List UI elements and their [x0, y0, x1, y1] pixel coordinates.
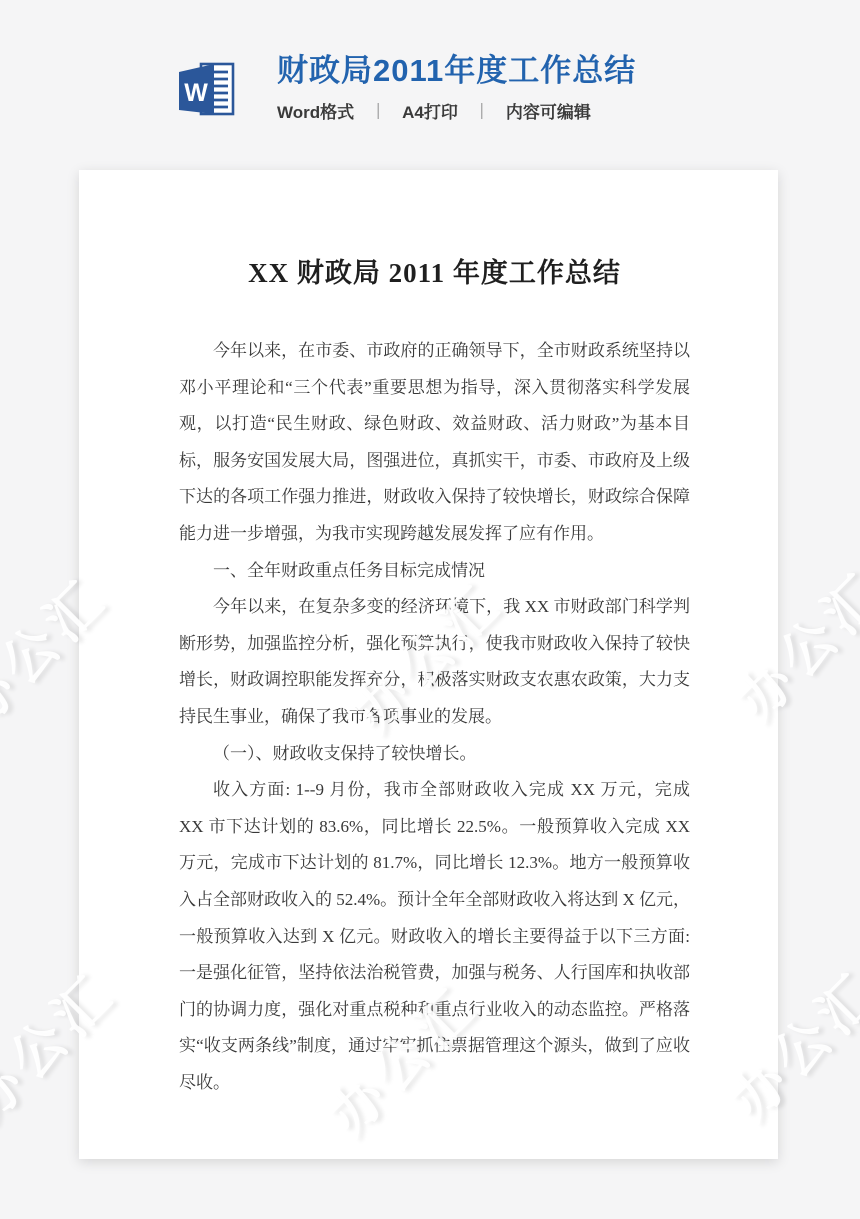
feature-word-format: Word格式 [277, 98, 354, 123]
document-page: XX 财政局 2011 年度工作总结 今年以来，在市委、市政府的正确领导下，全市… [79, 170, 778, 1159]
document-title: XX 财政局 2011 年度工作总结 [179, 253, 690, 293]
feature-editable: 内容可编辑 [506, 98, 591, 123]
paragraph-section-heading: 一、全年财政重点任务目标完成情况 [179, 553, 690, 590]
feature-a4-print: A4打印 [402, 98, 458, 123]
feature-line: Word格式 ｜ A4打印 ｜ 内容可编辑 [277, 98, 636, 123]
header-text: 财政局2011年度工作总结 Word格式 ｜ A4打印 ｜ 内容可编辑 [277, 54, 636, 123]
document-body: 今年以来，在市委、市政府的正确领导下，全市财政系统坚持以邓小平理论和“三个代表”… [179, 333, 690, 1101]
svg-text:W: W [184, 79, 208, 107]
separator: ｜ [474, 99, 490, 122]
separator: ｜ [370, 99, 386, 122]
paragraph-subheading: （一）、财政收支保持了较快增长。 [179, 736, 690, 773]
paragraph-intro: 今年以来，在市委、市政府的正确领导下，全市财政系统坚持以邓小平理论和“三个代表”… [179, 333, 690, 553]
page-title: 财政局2011年度工作总结 [277, 54, 636, 88]
paragraph-revenue: 收入方面: 1--9 月份，我市全部财政收入完成 XX 万元，完成 XX 市下达… [179, 772, 690, 1101]
word-icon: W [177, 61, 237, 117]
header: W 财政局2011年度工作总结 Word格式 ｜ A4打印 ｜ 内容可编辑 [177, 54, 636, 123]
paragraph-overview: 今年以来，在复杂多变的经济环境下，我 XX 市财政部门科学判断形势，加强监控分析… [179, 589, 690, 735]
